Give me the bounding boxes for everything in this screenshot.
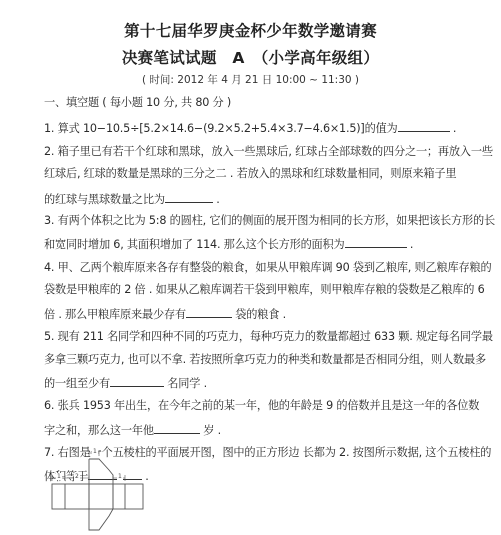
prism-net-figure bbox=[0, 0, 501, 535]
dim-label-2: 2 bbox=[74, 473, 80, 480]
dim-label-4: 1 bbox=[117, 473, 123, 480]
dim-label-3: 1 bbox=[92, 448, 98, 455]
dim-label-1: 1 bbox=[56, 473, 62, 480]
